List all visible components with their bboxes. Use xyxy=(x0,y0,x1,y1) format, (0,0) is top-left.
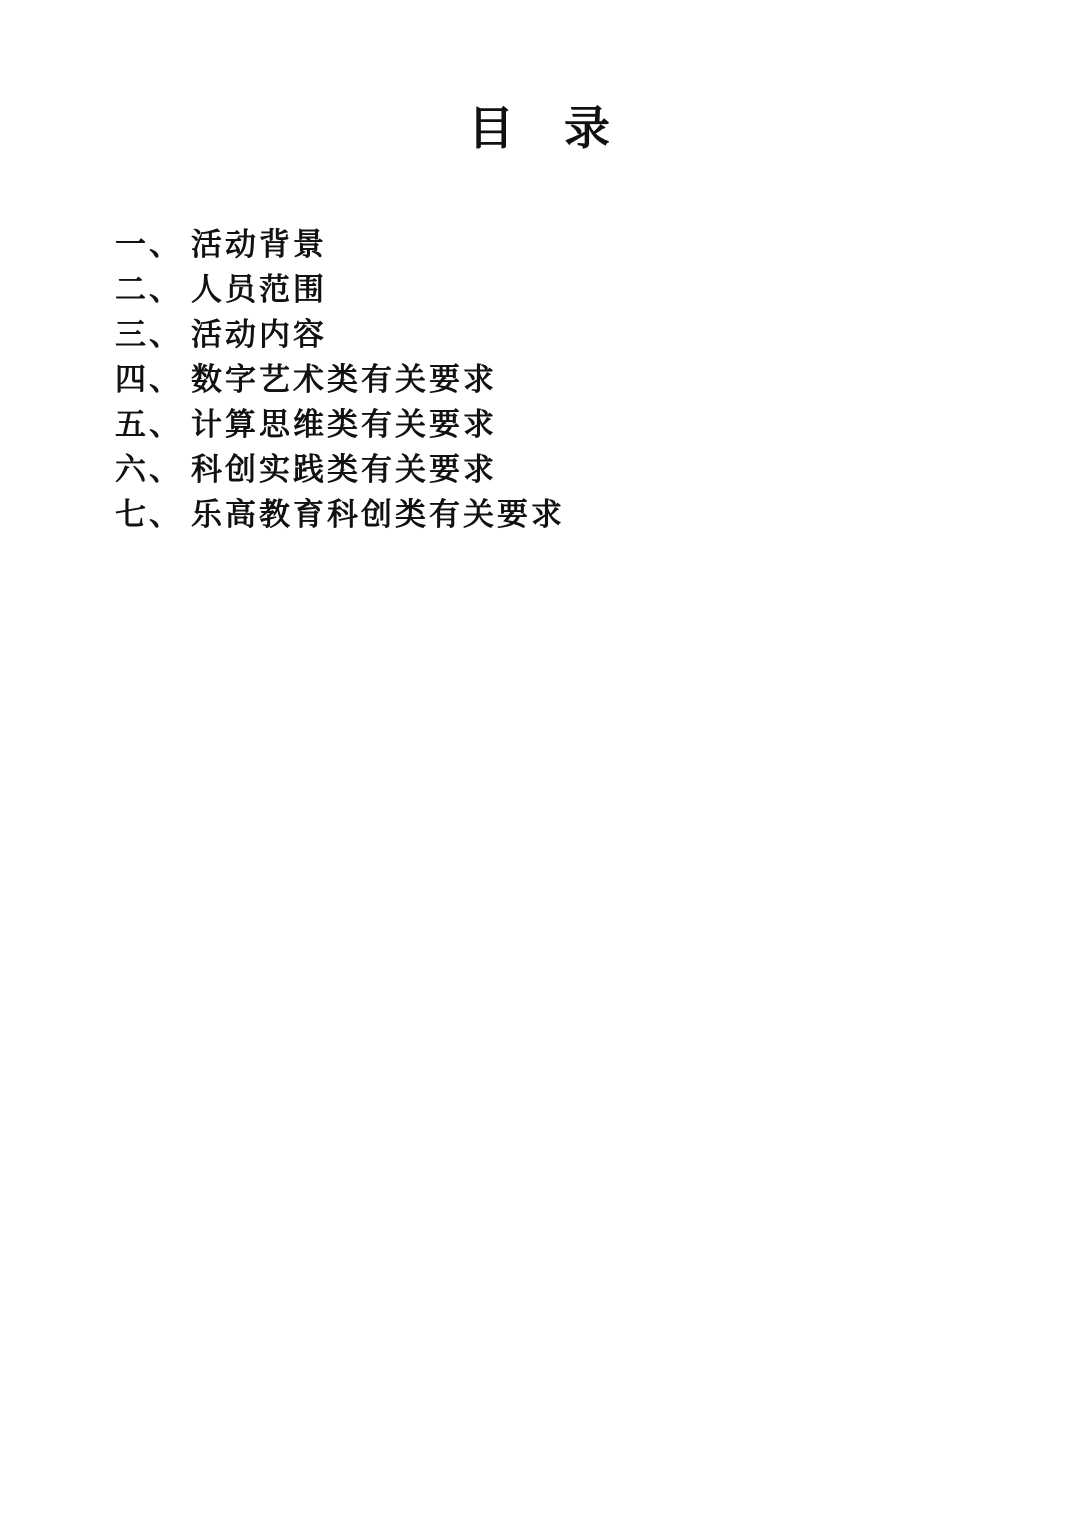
toc-item-label: 科创实践类有关要求 xyxy=(191,447,497,492)
toc-item: 一、 活动背景 xyxy=(115,222,1080,267)
toc-item: 四、 数字艺术类有关要求 xyxy=(115,357,1080,402)
toc-item: 七、 乐高教育科创类有关要求 xyxy=(115,492,1080,537)
page-title: 目 录 xyxy=(0,0,1080,152)
toc-item-number: 三、 xyxy=(115,312,183,357)
toc-item: 二、 人员范围 xyxy=(115,267,1080,312)
toc-item-label: 乐高教育科创类有关要求 xyxy=(191,492,565,537)
toc-item-number: 七、 xyxy=(115,492,183,537)
toc-item-label: 计算思维类有关要求 xyxy=(191,402,497,447)
toc-list: 一、 活动背景 二、 人员范围 三、 活动内容 四、 数字艺术类有关要求 五、 … xyxy=(115,222,1080,537)
toc-item-label: 人员范围 xyxy=(191,267,327,312)
toc-item-number: 一、 xyxy=(115,222,183,267)
toc-item-number: 五、 xyxy=(115,402,183,447)
toc-item-number: 二、 xyxy=(115,267,183,312)
toc-item-label: 活动内容 xyxy=(191,312,327,357)
toc-item: 五、 计算思维类有关要求 xyxy=(115,402,1080,447)
toc-item-label: 数字艺术类有关要求 xyxy=(191,357,497,402)
toc-item-label: 活动背景 xyxy=(191,222,327,267)
toc-item: 六、 科创实践类有关要求 xyxy=(115,447,1080,492)
toc-item-number: 六、 xyxy=(115,447,183,492)
document-page: 目 录 一、 活动背景 二、 人员范围 三、 活动内容 四、 数字艺术类有关要求… xyxy=(0,0,1080,1528)
toc-item-number: 四、 xyxy=(115,357,183,402)
toc-item: 三、 活动内容 xyxy=(115,312,1080,357)
